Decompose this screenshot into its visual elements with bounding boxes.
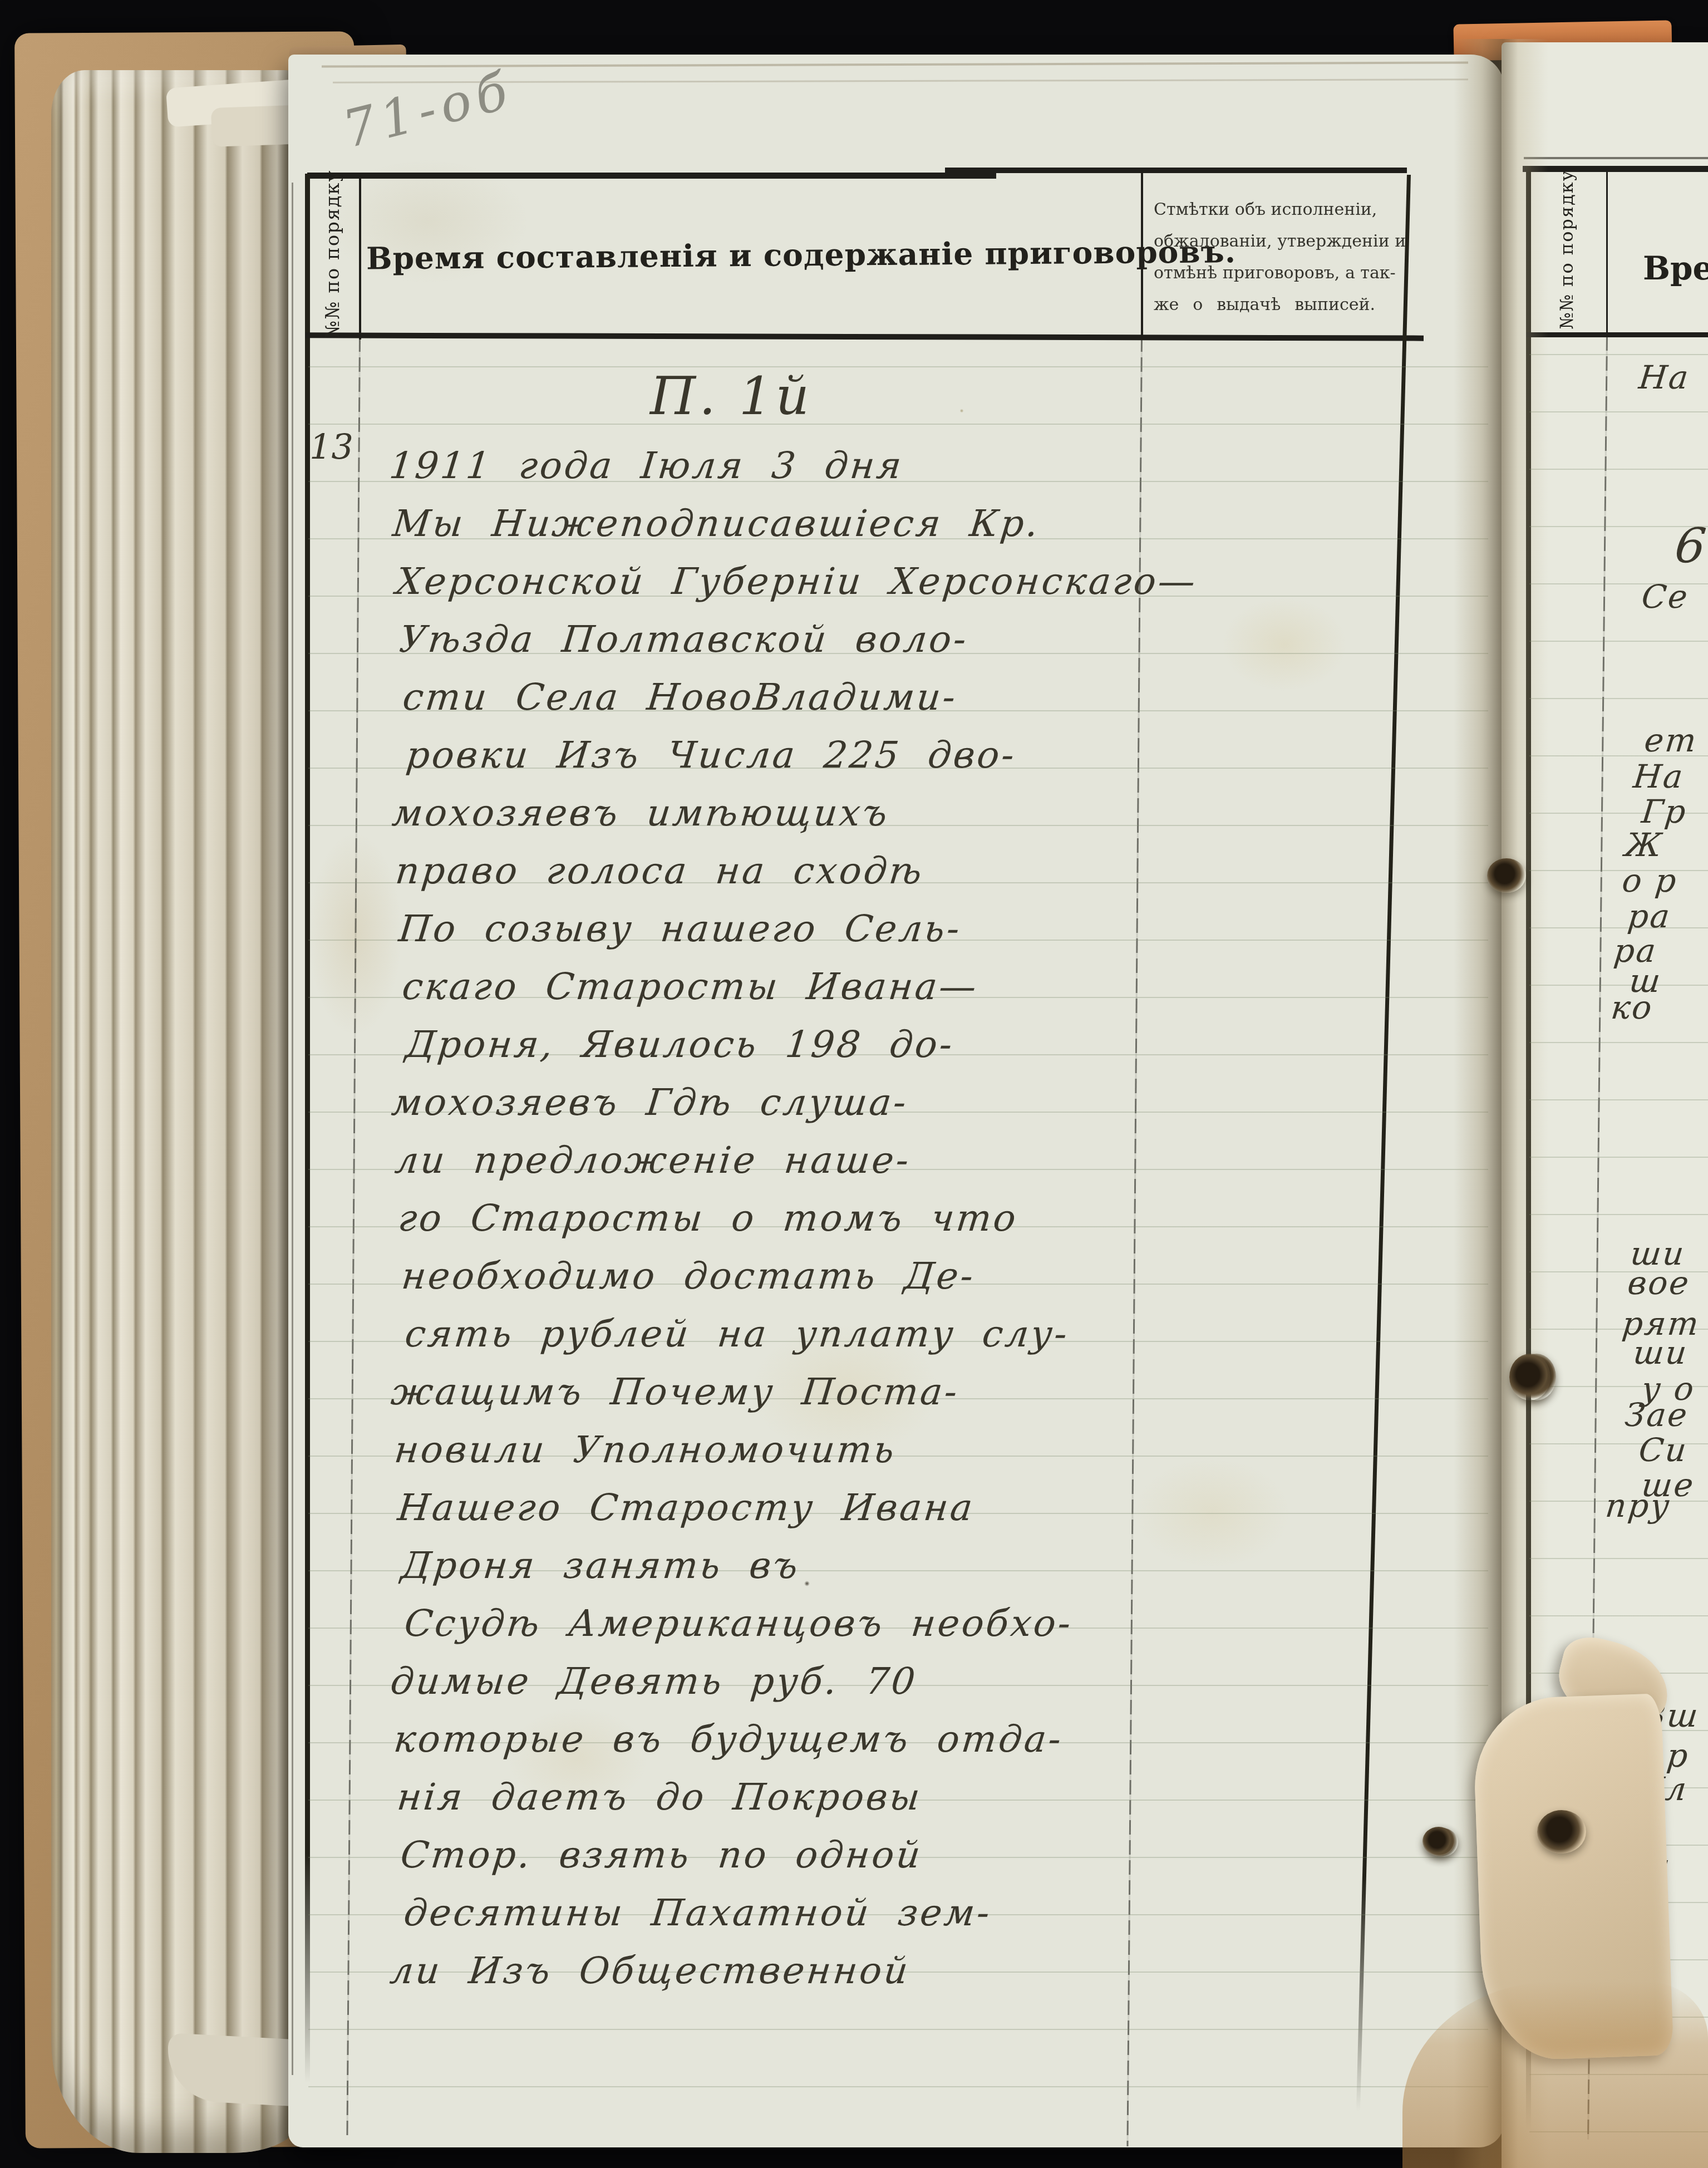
handwritten-line: сти Села НовоВладими- (401, 676, 959, 719)
index-column-divider-lower (346, 337, 361, 2135)
handwritten-fragment: Гр (1640, 793, 1689, 830)
handwritten-line: жащимъ Почему Поста- (389, 1370, 962, 1413)
handwritten-line: Ссудѣ Американцовъ необхо- (402, 1602, 1075, 1645)
handwritten-line: Нашего Старосту Ивана (396, 1486, 977, 1529)
handwritten-fragment: ет (1642, 721, 1699, 759)
index-column-label: №№ по порядку (322, 171, 344, 338)
handwritten-line: право голоса на сходѣ (393, 849, 926, 892)
handwritten-fragment: пру (1603, 1487, 1672, 1525)
archival-ledger-scan: { "scan": { "page_number_annotation": "7… (0, 0, 1708, 2168)
handwritten-line: которые въ будущемъ отда- (392, 1718, 1065, 1761)
handwritten-line: Дроня занять въ (399, 1544, 802, 1587)
page-stack-edges (51, 70, 299, 2153)
handwritten-line: ли предложеніе наше- (393, 1139, 913, 1182)
binding-hole (1422, 1827, 1455, 1856)
index-column-divider (359, 176, 361, 340)
handwritten-fragment: На (1631, 758, 1686, 795)
page-number-annotation: 71-об (337, 60, 519, 160)
handwritten-fragment: На (1637, 358, 1691, 396)
page-under-edge-line (292, 183, 293, 2075)
handwritten-fragment: Ж (1623, 826, 1665, 864)
notes-header-line: обжалованіи, утвержденіи и (1154, 225, 1375, 257)
binding-hole-thread (1509, 1354, 1551, 1400)
handwritten-line: Херсонской Губерніи Херсонскаго— (394, 560, 1199, 603)
notes-header-line: отмѣнѣ приговоровъ, а так- (1154, 257, 1375, 289)
notes-header-line: же о выдачѣ выписей. (1154, 289, 1375, 321)
handwritten-line: мохозяевъ Гдѣ слуша- (390, 1081, 910, 1124)
header-bottom-border (305, 332, 1424, 341)
handwritten-fragment: ко (1609, 989, 1655, 1026)
handwritten-fragment: ра (1626, 897, 1673, 935)
table-border-top (307, 173, 996, 179)
handwritten-line: Уѣзда Полтавской воло- (397, 618, 971, 661)
binding-hole-thread (1487, 858, 1526, 893)
handwritten-fragment: Си (1637, 1431, 1690, 1469)
handwritten-line: го Старосты о томъ что (396, 1197, 1020, 1240)
notes-header-line: Стмѣтки объ исполненіи, (1154, 194, 1375, 225)
handwritten-fragment: ши (1631, 1334, 1690, 1371)
handwritten-line: Мы Нижеподписавшіеся Кр. (391, 502, 1042, 545)
table-border-right (1356, 175, 1411, 2111)
handwritten-fragment: о р (1620, 862, 1680, 899)
handwritten-line: ровки Изъ Числа 225 дво- (404, 734, 1018, 776)
paper-repair-patch (1472, 1693, 1673, 2061)
handwritten-line: скаго Старосты Ивана— (400, 965, 981, 1008)
entry-heading: П. 1й (650, 366, 813, 427)
handwritten-line: ли Изъ Общественной (388, 1949, 912, 1992)
ledger-title: Время составленія и содержаніе приговоро… (366, 234, 1134, 277)
handwriting-lines: 1911 года Іюля 3 дняМы Нижеподписавшіеся… (390, 444, 1169, 2058)
handwritten-line: нія даетъ до Покровы (395, 1776, 924, 1818)
handwritten-line: Стор. взять по одной (398, 1833, 924, 1876)
handwritten-line: десятины Пахатной зем- (402, 1891, 994, 1934)
binding-hole-on-patch (1537, 1810, 1586, 1854)
notes-header: Стмѣтки объ исполненіи, обжалованіи, утв… (1154, 194, 1375, 321)
handwritten-line: мохозяевъ имѣющихъ (390, 792, 892, 834)
handwritten-line: 1911 года Іюля 3 дня (387, 444, 905, 487)
handwritten-fragment: Зае (1623, 1396, 1690, 1434)
handwritten-fragment: Се (1640, 578, 1691, 616)
handwritten-line: димые Девять руб. 70 (388, 1660, 919, 1703)
handwritten-line: Дроня, Явилось 198 до- (403, 1023, 957, 1066)
handwritten-fragment: вое (1626, 1264, 1692, 1302)
handwritten-line: необходимо достать Де- (400, 1255, 977, 1297)
handwritten-line: сять рублей на уплату слу- (403, 1312, 1071, 1355)
handwritten-line: новили Уполномочить (392, 1428, 898, 1471)
table-border-top (945, 168, 1407, 173)
left-page: 71-об №№ по порядку Время составленія и … (288, 55, 1504, 2147)
handwritten-fragment: 6 (1672, 518, 1708, 574)
entry-number: 13 (309, 426, 353, 467)
handwritten-line: По созыву нашего Сель- (397, 907, 964, 950)
